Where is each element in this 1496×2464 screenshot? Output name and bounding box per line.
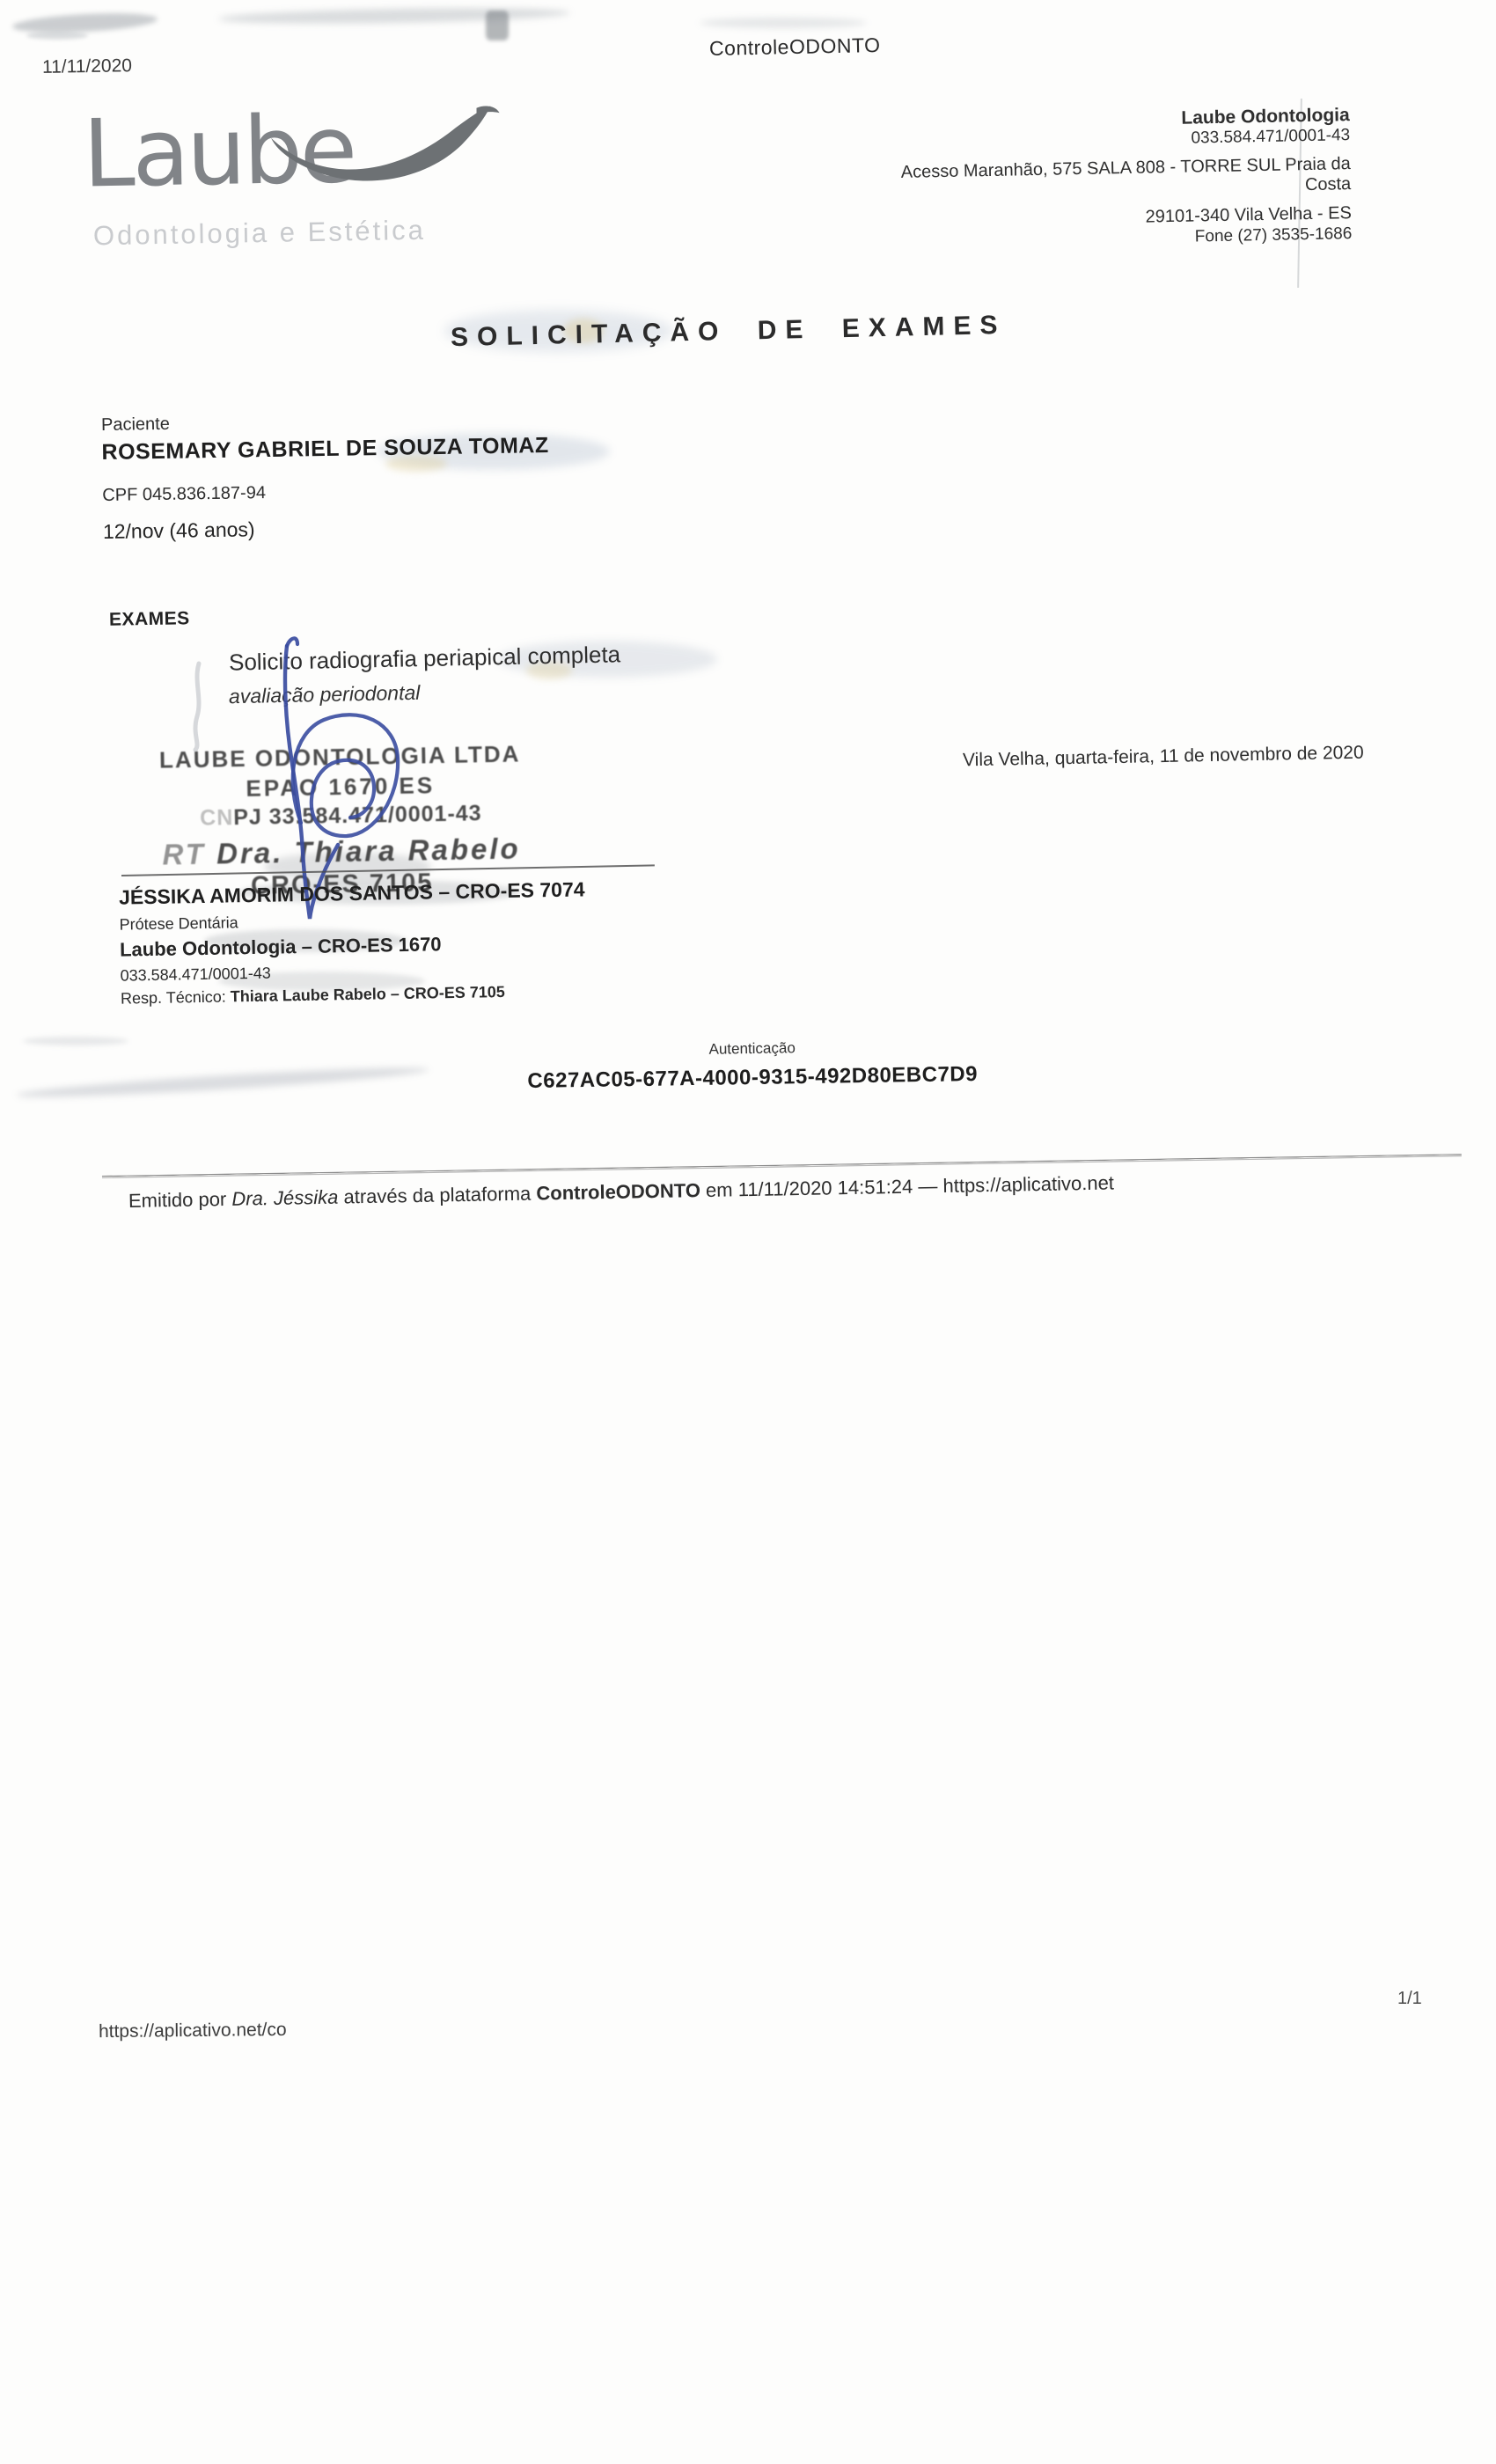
laube-logo: Laube Odontologia e Estética	[82, 99, 542, 275]
patient-section: Paciente ROSEMARY GABRIEL DE SOUZA TOMAZ…	[101, 408, 550, 544]
scan-smudge-top-left-2	[26, 32, 88, 40]
footer-emitted-line: Emitido por Dra. Jéssika através da plat…	[128, 1171, 1114, 1213]
professional-role: Prótese Dentária	[119, 907, 585, 934]
page-number: 1/1	[1397, 1989, 1422, 2009]
place-date: Vila Velha, quarta-feira, 11 de novembro…	[963, 743, 1364, 772]
pencil-squiggle	[195, 664, 199, 750]
scanned-document-page: 11/11/2020 ControleODONTO Laube Odontolo…	[0, 0, 1496, 2464]
patient-cpf: CPF 045.836.187-94	[102, 479, 549, 506]
authentication-label: Autenticação	[400, 1035, 1104, 1064]
professional-clinic: Laube Odontologia – CRO-ES 1670	[120, 930, 586, 961]
patient-label: Paciente	[101, 408, 548, 436]
emitted-platform: ControleODONTO	[536, 1179, 700, 1204]
patient-name: ROSEMARY GABRIEL DE SOUZA TOMAZ	[101, 433, 549, 466]
clinic-info: Laube Odontologia 033.584.471/0001-43 Ac…	[899, 105, 1352, 253]
professional-resp: Resp. Técnico: Thiara Laube Rabelo – CRO…	[121, 981, 587, 1008]
scan-smudge-left-streak	[16, 1063, 429, 1103]
professional-cnpj: 033.584.471/0001-43	[120, 958, 586, 985]
document-title: SOLICITAÇÃO DE EXAMES	[451, 311, 1007, 353]
resp-value: Thiara Laube Rabelo – CRO-ES 7105	[231, 983, 505, 1005]
resp-label: Resp. Técnico:	[121, 987, 231, 1007]
scan-smudge-top-right	[700, 18, 867, 28]
emitted-prefix: Emitido por	[128, 1188, 232, 1212]
authentication-code: C627AC05-677A-4000-9315-492D80EBC7D9	[400, 1060, 1104, 1096]
footer-rule	[102, 1154, 1462, 1178]
emitted-by: Dra. Jéssika	[231, 1186, 338, 1210]
scan-smudge-top-left	[12, 11, 158, 36]
scan-date: 11/11/2020	[42, 55, 132, 78]
scan-smudge-top-dark	[486, 11, 509, 40]
smile-swoosh-shape	[270, 106, 491, 182]
emitted-suffix: em 11/11/2020 14:51:24 — https://aplicat…	[700, 1171, 1114, 1201]
footer-url: https://aplicativo.net/co	[99, 2020, 287, 2042]
platform-title: ControleODONTO	[709, 33, 881, 61]
scan-smudge-left-small	[23, 1037, 128, 1045]
signature-hook	[287, 638, 297, 646]
smile-swoosh-icon	[265, 104, 502, 200]
logo-tagline: Odontologia e Estética	[93, 215, 427, 253]
scan-smudge-top-middle	[218, 6, 570, 26]
authentication-section: Autenticação C627AC05-677A-4000-9315-492…	[400, 1035, 1105, 1096]
emitted-mid: através da plataforma	[338, 1183, 536, 1208]
patient-birthdate: 12/nov (46 anos)	[103, 513, 551, 544]
signature-loop	[293, 715, 398, 836]
professional-info: JÉSSIKA AMORIM DOS SANTOS – CRO-ES 7074 …	[119, 877, 587, 1008]
